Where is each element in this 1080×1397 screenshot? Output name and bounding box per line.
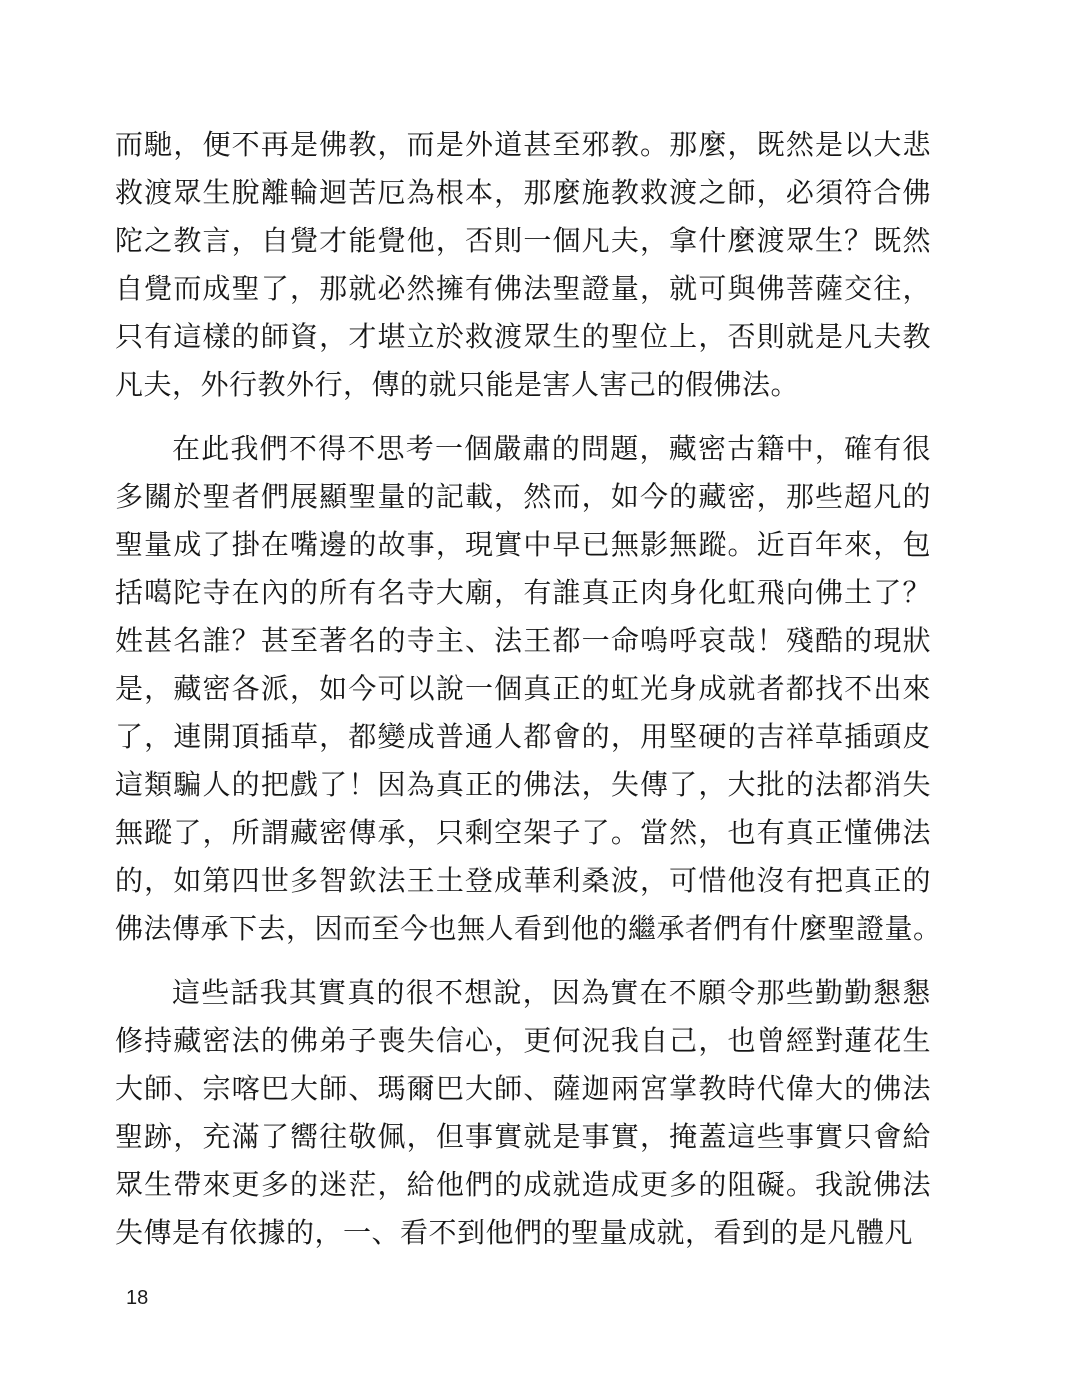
text-line: 只有這樣的師資，才堪立於救渡眾生的聖位上，否則就是凡夫教	[115, 314, 931, 362]
text-line: 失傳是有依據的，一、看不到他們的聖量成就，看到的是凡體凡	[115, 1210, 931, 1258]
text-line: 無蹤了，所謂藏密傳承，只剩空架子了。當然，也有真正懂佛法	[115, 810, 931, 858]
text-line: 陀之教言，自覺才能覺他，否則一個凡夫，拿什麼渡眾生？既然	[115, 218, 931, 266]
text-line: 修持藏密法的佛弟子喪失信心，更何況我自己，也曾經對蓮花生	[115, 1018, 931, 1066]
text-line: 眾生帶來更多的迷茫，給他們的成就造成更多的阻礙。我說佛法	[115, 1162, 931, 1210]
paragraph: 這些話我其實真的很不想說，因為實在不願令那些勤勤懇懇修持藏密法的佛弟子喪失信心，…	[115, 970, 931, 1258]
text-line: 這些話我其實真的很不想說，因為實在不願令那些勤勤懇懇	[115, 970, 931, 1018]
page-number: 18	[126, 1284, 148, 1312]
text-line: 自覺而成聖了，那就必然擁有佛法聖證量，就可與佛菩薩交往，	[115, 266, 931, 314]
text-line: 括噶陀寺在內的所有名寺大廟，有誰真正肉身化虹飛向佛土了？	[115, 570, 931, 618]
paragraph: 在此我們不得不思考一個嚴肅的問題，藏密古籍中，確有很多關於聖者們展顯聖量的記載，…	[115, 426, 931, 954]
paragraph: 而馳，便不再是佛教，而是外道甚至邪教。那麼，既然是以大悲救渡眾生脫離輪迴苦厄為根…	[115, 122, 931, 410]
document-page: 而馳，便不再是佛教，而是外道甚至邪教。那麼，既然是以大悲救渡眾生脫離輪迴苦厄為根…	[0, 0, 1080, 1397]
text-line: 了，連開頂插草，都變成普通人都會的，用堅硬的吉祥草插頭皮	[115, 714, 931, 762]
text-line: 姓甚名誰？甚至著名的寺主、法王都一命嗚呼哀哉！殘酷的現狀	[115, 618, 931, 666]
text-line: 凡夫，外行教外行，傳的就只能是害人害己的假佛法。	[115, 362, 931, 410]
text-line: 佛法傳承下去，因而至今也無人看到他的繼承者們有什麼聖證量。	[115, 906, 931, 954]
text-line: 聖量成了掛在嘴邊的故事，現實中早已無影無蹤。近百年來，包	[115, 522, 931, 570]
text-line: 大師、宗喀巴大師、瑪爾巴大師、薩迦兩宮掌教時代偉大的佛法	[115, 1066, 931, 1114]
text-line: 聖跡，充滿了嚮往敬佩，但事實就是事實，掩蓋這些事實只會給	[115, 1114, 931, 1162]
page-body: 而馳，便不再是佛教，而是外道甚至邪教。那麼，既然是以大悲救渡眾生脫離輪迴苦厄為根…	[115, 122, 931, 1274]
text-line: 而馳，便不再是佛教，而是外道甚至邪教。那麼，既然是以大悲	[115, 122, 931, 170]
text-line: 這類騙人的把戲了！因為真正的佛法，失傳了，大批的法都消失	[115, 762, 931, 810]
text-line: 是，藏密各派，如今可以說一個真正的虹光身成就者都找不出來	[115, 666, 931, 714]
text-line: 在此我們不得不思考一個嚴肅的問題，藏密古籍中，確有很	[115, 426, 931, 474]
text-line: 救渡眾生脫離輪迴苦厄為根本，那麼施教救渡之師，必須符合佛	[115, 170, 931, 218]
text-line: 多關於聖者們展顯聖量的記載，然而，如今的藏密，那些超凡的	[115, 474, 931, 522]
text-line: 的，如第四世多智欽法王土登成華利桑波，可惜他沒有把真正的	[115, 858, 931, 906]
